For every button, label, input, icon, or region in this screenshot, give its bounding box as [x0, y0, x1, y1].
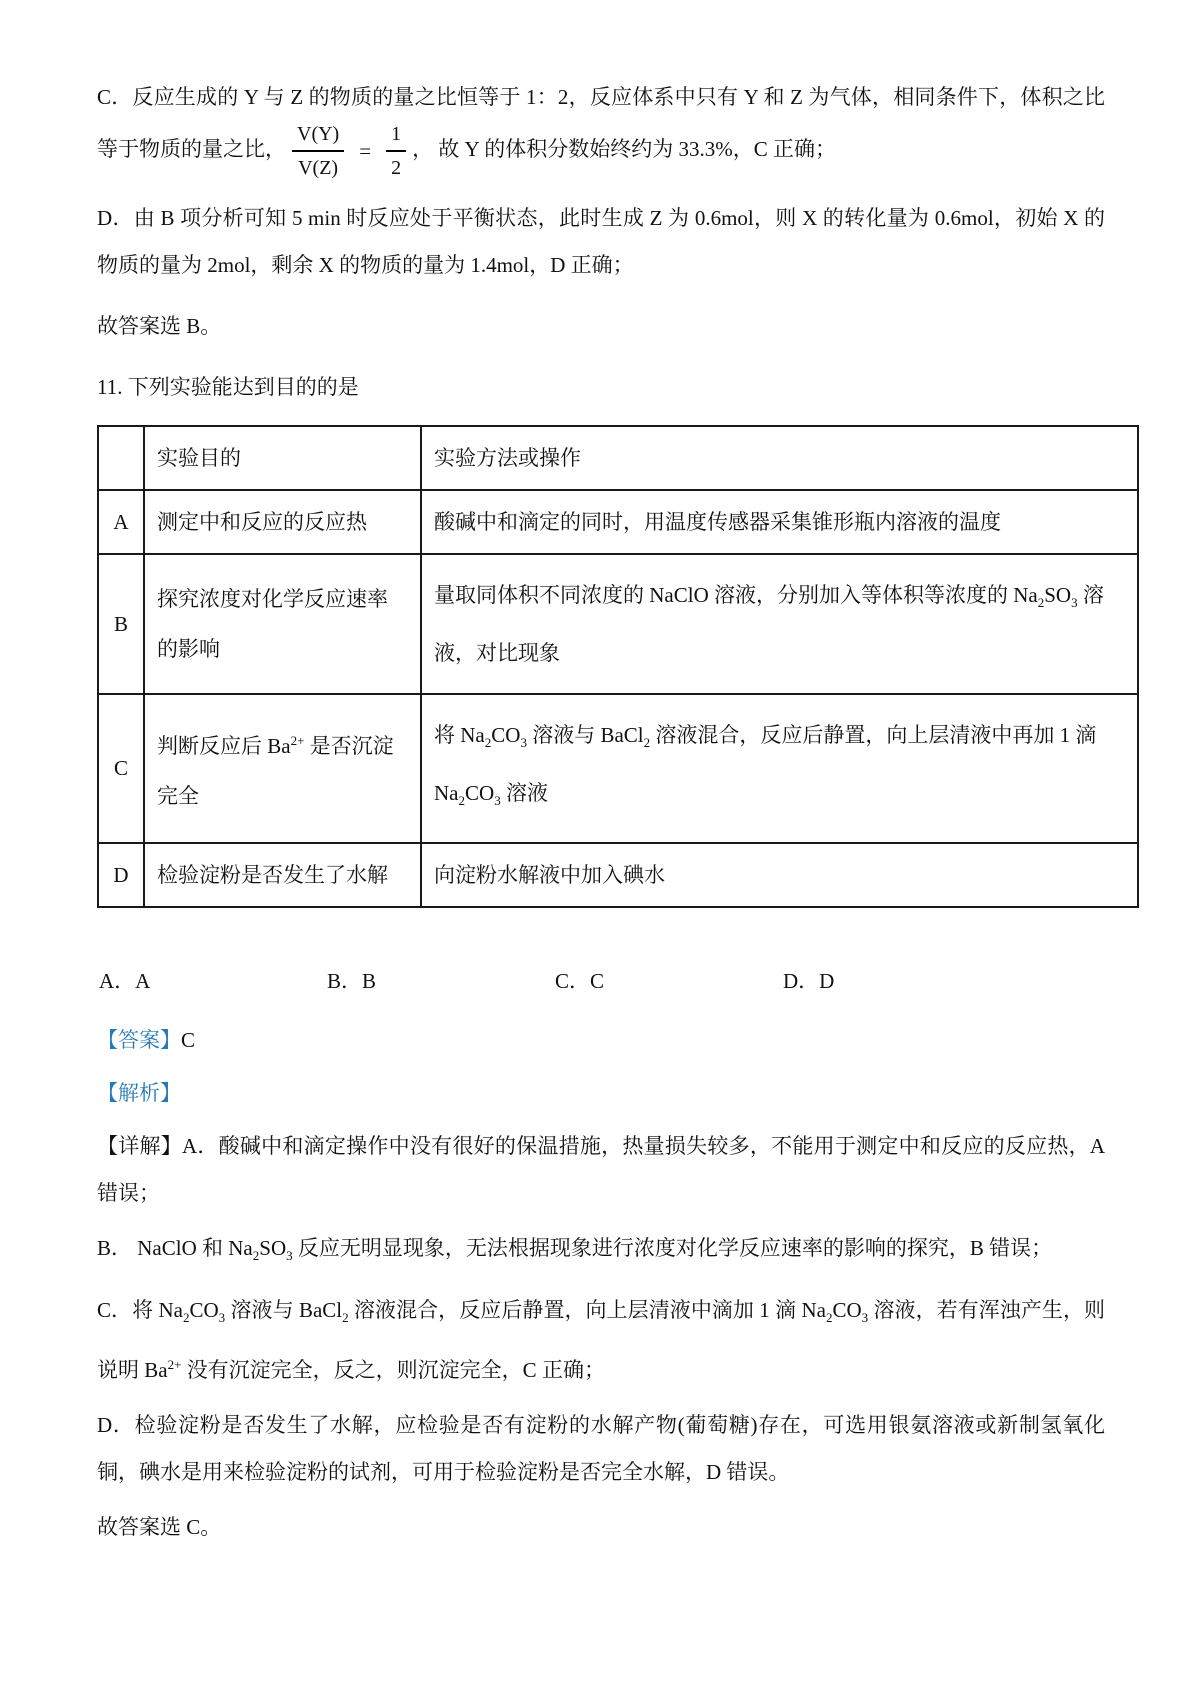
question11-section: 11. 下列实验能达到目的的是 实验目的 实验方法或操作 A 测定中和反应的反应… — [97, 364, 1105, 1551]
detail-option-c: C．将 Na2CO3 溶液与 BaCl2 溶液混合，反应后静置，向上层清液中滴加… — [97, 1287, 1105, 1394]
purpose-cell: 探究浓度对化学反应速率的影响 — [144, 554, 421, 694]
table-row: B 探究浓度对化学反应速率的影响 量取同体积不同浓度的 NaClO 溶液，分别加… — [98, 554, 1138, 694]
half-fraction: 12 — [386, 121, 406, 181]
answer-label: 【答案】 — [97, 1028, 181, 1052]
equals-sign: = — [359, 139, 371, 163]
option-b: B．B — [327, 958, 555, 1005]
detail-a-text: A．酸碱中和滴定操作中没有很好的保温措施，热量损失较多，不能用于测定中和反应的反… — [97, 1134, 1105, 1205]
header-cell-method: 实验方法或操作 — [421, 426, 1138, 490]
option-d: D．D — [783, 958, 1011, 1005]
options-row: A．A B．B C．C D．D — [99, 958, 1105, 1005]
row-label: A — [98, 490, 144, 554]
purpose-cell: 判断反应后 Ba2+ 是否沉淀完全 — [144, 694, 421, 842]
question10-analysis-section: C．反应生成的 Y 与 Z 的物质的量之比恒等于 1：2，反应体系中只有 Y 和… — [97, 74, 1105, 350]
method-cell: 将 Na2CO3 溶液与 BaCl2 溶液混合，反应后静置，向上层清液中再加 1… — [421, 694, 1138, 842]
analysis-label: 【解析】 — [97, 1081, 181, 1105]
header-cell-blank — [98, 426, 144, 490]
option-d-analysis: D．由 B 项分析可知 5 min 时反应处于平衡状态，此时生成 Z 为 0.6… — [97, 195, 1105, 289]
volume-ratio-fraction: V(Y)V(Z) — [292, 121, 344, 181]
analysis-line: 【解析】 — [97, 1070, 1105, 1117]
header-cell-purpose: 实验目的 — [144, 426, 421, 490]
table-row: C 判断反应后 Ba2+ 是否沉淀完全 将 Na2CO3 溶液与 BaCl2 溶… — [98, 694, 1138, 842]
table-header-row: 实验目的 实验方法或操作 — [98, 426, 1138, 490]
purpose-cell: 检验淀粉是否发生了水解 — [144, 843, 421, 907]
option-c-analysis: C．反应生成的 Y 与 Z 的物质的量之比恒等于 1：2，反应体系中只有 Y 和… — [97, 74, 1105, 181]
detail-option-a: 【详解】A．酸碱中和滴定操作中没有很好的保温措施，热量损失较多，不能用于测定中和… — [97, 1123, 1105, 1217]
detail-label: 【详解】 — [97, 1134, 182, 1158]
option-c-text-suffix: ， 故 Y 的体积分数始终约为 33.3%，C 正确； — [412, 137, 836, 161]
answer-line: 【答案】C — [97, 1017, 1105, 1064]
answer-conclusion-q10: 故答案选 B。 — [97, 303, 1105, 350]
exam-solution-page: C．反应生成的 Y 与 Z 的物质的量之比恒等于 1：2，反应体系中只有 Y 和… — [0, 0, 1200, 1551]
row-label: B — [98, 554, 144, 694]
table-row: A 测定中和反应的反应热 酸碱中和滴定的同时，用温度传感器采集锥形瓶内溶液的温度 — [98, 490, 1138, 554]
detail-explanation: 【详解】A．酸碱中和滴定操作中没有很好的保温措施，热量损失较多，不能用于测定中和… — [97, 1123, 1105, 1551]
row-label: C — [98, 694, 144, 842]
answer-conclusion-q11: 故答案选 C。 — [97, 1504, 1105, 1551]
half-numerator: 1 — [386, 121, 406, 152]
question-stem: 11. 下列实验能达到目的的是 — [97, 364, 1105, 411]
option-a: A．A — [99, 958, 327, 1005]
option-c: C．C — [555, 958, 783, 1005]
method-cell: 向淀粉水解液中加入碘水 — [421, 843, 1138, 907]
method-cell: 量取同体积不同浓度的 NaClO 溶液，分别加入等体积等浓度的 Na2SO3 溶… — [421, 554, 1138, 694]
detail-option-b: B． NaClO 和 Na2SO3 反应无明显现象，无法根据现象进行浓度对化学反… — [97, 1225, 1105, 1279]
detail-option-d: D．检验淀粉是否发生了水解，应检验是否有淀粉的水解产物(葡萄糖)存在，可选用银氨… — [97, 1402, 1105, 1496]
fraction-denominator: V(Z) — [292, 152, 344, 181]
table-row: D 检验淀粉是否发生了水解 向淀粉水解液中加入碘水 — [98, 843, 1138, 907]
fraction-numerator: V(Y) — [292, 121, 344, 152]
purpose-cell: 测定中和反应的反应热 — [144, 490, 421, 554]
method-cell: 酸碱中和滴定的同时，用温度传感器采集锥形瓶内溶液的温度 — [421, 490, 1138, 554]
half-denominator: 2 — [386, 152, 406, 181]
row-label: D — [98, 843, 144, 907]
experiments-table: 实验目的 实验方法或操作 A 测定中和反应的反应热 酸碱中和滴定的同时，用温度传… — [97, 425, 1139, 908]
answer-value: C — [181, 1028, 195, 1052]
